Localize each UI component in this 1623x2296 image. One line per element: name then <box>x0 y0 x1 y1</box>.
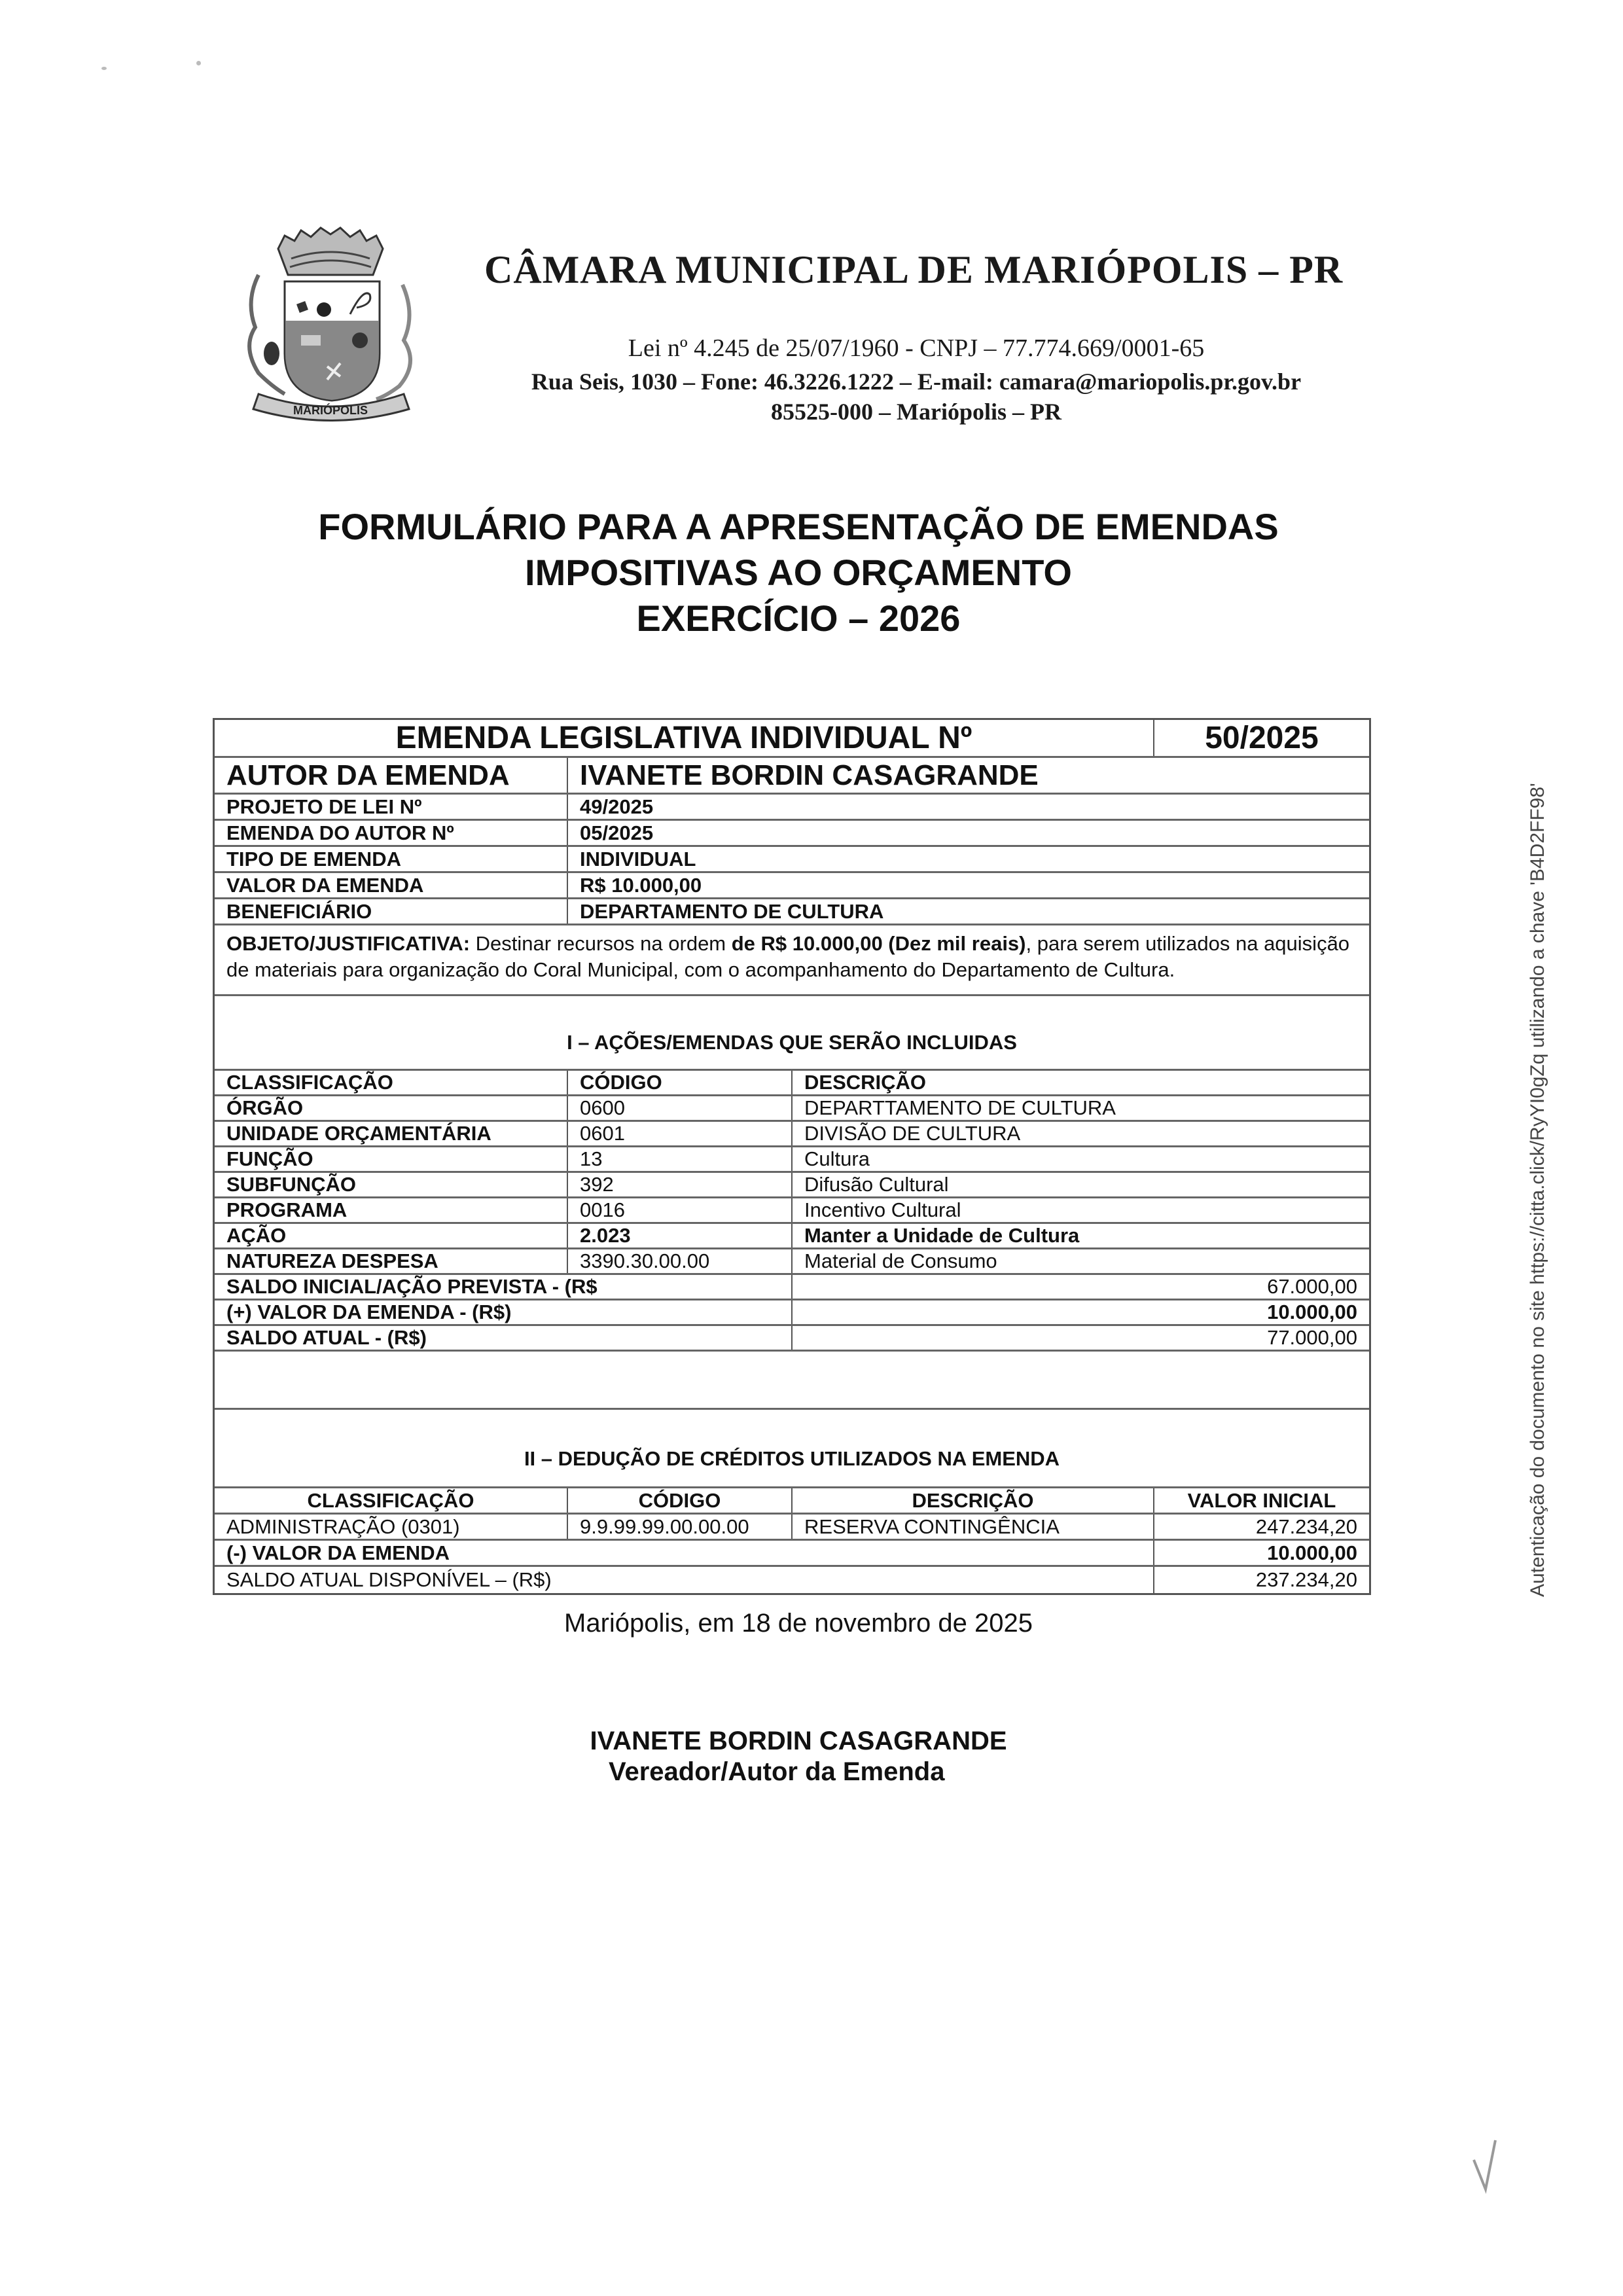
total-label: SALDO INICIAL/AÇÃO PREVISTA - (R$ <box>215 1275 791 1299</box>
form-title-line1: FORMULÁRIO PARA A APRESENTAÇÃO DE EMENDA… <box>196 504 1400 550</box>
column-header: CÓDIGO <box>567 1488 791 1513</box>
classification-cell: SUBFUNÇÃO <box>215 1173 567 1196</box>
column-header: DESCRIÇÃO <box>791 1071 1369 1094</box>
table-row: SUBFUNÇÃO 392 Difusão Cultural <box>215 1173 1369 1198</box>
classification-cell: FUNÇÃO <box>215 1147 567 1171</box>
code-cell: 3390.30.00.00 <box>567 1249 791 1273</box>
total-row: SALDO INICIAL/AÇÃO PREVISTA - (R$ 67.000… <box>215 1275 1369 1300</box>
column-header: VALOR INICIAL <box>1153 1488 1369 1513</box>
total-row: SALDO ATUAL - (R$) 77.000,00 <box>215 1326 1369 1352</box>
amendment-form-table: EMENDA LEGISLATIVA INDIVIDUAL Nº 50/2025… <box>213 718 1371 1595</box>
table-row: AÇÃO 2.023 Manter a Unidade de Cultura <box>215 1224 1369 1249</box>
description-cell: RESERVA CONTINGÊNCIA <box>791 1515 1153 1539</box>
amendment-header-label: EMENDA LEGISLATIVA INDIVIDUAL Nº <box>215 720 1153 756</box>
description-cell: Material de Consumo <box>791 1249 1369 1273</box>
scan-speck <box>196 61 201 65</box>
signer-name: IVANETE BORDIN CASAGRANDE <box>196 1727 1400 1756</box>
classification-cell: AÇÃO <box>215 1224 567 1247</box>
author-row: AUTOR DA EMENDA IVANETE BORDIN CASAGRAND… <box>215 758 1369 795</box>
code-cell: 392 <box>567 1173 791 1196</box>
info-value: 05/2025 <box>567 821 1369 845</box>
form-title: FORMULÁRIO PARA A APRESENTAÇÃO DE EMENDA… <box>196 504 1400 641</box>
info-label: TIPO DE EMENDA <box>215 847 567 871</box>
description-cell: Incentivo Cultural <box>791 1198 1369 1222</box>
total-value: 237.234,20 <box>1153 1567 1369 1593</box>
classification-cell: PROGRAMA <box>215 1198 567 1222</box>
scan-speck <box>101 67 107 70</box>
code-cell: 0600 <box>567 1096 791 1120</box>
code-cell: 2.023 <box>567 1224 791 1247</box>
total-value: 10.000,00 <box>1153 1541 1369 1565</box>
author-value: IVANETE BORDIN CASAGRANDE <box>567 758 1369 793</box>
objective-label: OBJETO/JUSTIFICATIVA: <box>226 932 470 955</box>
place-date: Mariópolis, em 18 de novembro de 2025 <box>196 1609 1400 1638</box>
description-cell: DIVISÃO DE CULTURA <box>791 1122 1369 1145</box>
section-spacer <box>215 1352 1369 1410</box>
objective-text-amount: de R$ 10.000,00 (Dez mil reais) <box>732 932 1026 955</box>
column-header: CLASSIFICAÇÃO <box>215 1488 567 1513</box>
organization-title: CÂMARA MUNICIPAL DE MARIÓPOLIS – PR <box>484 247 1387 293</box>
total-value: 67.000,00 <box>791 1275 1369 1299</box>
info-row: PROJETO DE LEI Nº 49/2025 <box>215 795 1369 821</box>
code-cell: 13 <box>567 1147 791 1171</box>
classification-cell: ADMINISTRAÇÃO (0301) <box>215 1515 567 1539</box>
amendment-number: 50/2025 <box>1153 720 1369 756</box>
info-label: VALOR DA EMENDA <box>215 873 567 897</box>
section2-header-row: CLASSIFICAÇÃO CÓDIGO DESCRIÇÃO VALOR INI… <box>215 1488 1369 1515</box>
svg-text:MARIÓPOLIS: MARIÓPOLIS <box>293 403 368 417</box>
total-label: SALDO ATUAL DISPONÍVEL – (R$) <box>215 1567 1153 1593</box>
description-cell: Cultura <box>791 1147 1369 1171</box>
column-header: DESCRIÇÃO <box>791 1488 1153 1513</box>
info-row: EMENDA DO AUTOR Nº 05/2025 <box>215 821 1369 847</box>
info-label: BENEFICIÁRIO <box>215 899 567 924</box>
amendment-header-row: EMENDA LEGISLATIVA INDIVIDUAL Nº 50/2025 <box>215 720 1369 758</box>
table-row: UNIDADE ORÇAMENTÁRIA 0601 DIVISÃO DE CUL… <box>215 1122 1369 1147</box>
section1-header-row: CLASSIFICAÇÃO CÓDIGO DESCRIÇÃO <box>215 1071 1369 1096</box>
total-row: SALDO ATUAL DISPONÍVEL – (R$) 237.234,20 <box>215 1567 1369 1593</box>
description-cell: Manter a Unidade de Cultura <box>791 1224 1369 1247</box>
code-cell: 0601 <box>567 1122 791 1145</box>
section1-title: I – AÇÕES/EMENDAS QUE SERÃO INCLUIDAS <box>215 996 1369 1071</box>
description-cell: Difusão Cultural <box>791 1173 1369 1196</box>
objective-text-start: Destinar recursos na ordem <box>470 932 732 955</box>
total-row: (+) VALOR DA EMENDA - (R$) 10.000,00 <box>215 1300 1369 1326</box>
code-cell: 9.9.99.99.00.00.00 <box>567 1515 791 1539</box>
total-value: 77.000,00 <box>791 1326 1369 1350</box>
info-value: DEPARTAMENTO DE CULTURA <box>567 899 1369 924</box>
column-header: CÓDIGO <box>567 1071 791 1094</box>
signer-role: Vereador/Autor da Emenda <box>609 1757 1067 1787</box>
form-title-line3: EXERCÍCIO – 2026 <box>196 596 1400 641</box>
organization-cep: 85525-000 – Mariópolis – PR <box>458 398 1374 425</box>
initial-value-cell: 247.234,20 <box>1153 1515 1369 1539</box>
classification-cell: NATUREZA DESPESA <box>215 1249 567 1273</box>
municipal-crest-icon: MARIÓPOLIS <box>232 223 429 425</box>
authentication-note: Autenticação do documento no site https:… <box>1527 783 1549 1597</box>
total-label: (-) VALOR DA EMENDA <box>215 1541 1153 1565</box>
total-row: (-) VALOR DA EMENDA 10.000,00 <box>215 1541 1369 1567</box>
classification-cell: ÓRGÃO <box>215 1096 567 1120</box>
objective-justification: OBJETO/JUSTIFICATIVA: Destinar recursos … <box>215 925 1369 996</box>
table-row: ADMINISTRAÇÃO (0301) 9.9.99.99.00.00.00 … <box>215 1515 1369 1541</box>
table-row: ÓRGÃO 0600 DEPARTTAMENTO DE CULTURA <box>215 1096 1369 1122</box>
code-cell: 0016 <box>567 1198 791 1222</box>
info-label: PROJETO DE LEI Nº <box>215 795 567 819</box>
form-title-line2: IMPOSITIVAS AO ORÇAMENTO <box>196 550 1400 596</box>
table-row: PROGRAMA 0016 Incentivo Cultural <box>215 1198 1369 1224</box>
total-label: SALDO ATUAL - (R$) <box>215 1326 791 1350</box>
table-row: NATUREZA DESPESA 3390.30.00.00 Material … <box>215 1249 1369 1275</box>
organization-address: Rua Seis, 1030 – Fone: 46.3226.1222 – E-… <box>458 368 1374 395</box>
column-header: CLASSIFICAÇÃO <box>215 1071 567 1094</box>
info-value: 49/2025 <box>567 795 1369 819</box>
total-label: (+) VALOR DA EMENDA - (R$) <box>215 1300 791 1324</box>
author-label: AUTOR DA EMENDA <box>215 758 567 793</box>
info-row: TIPO DE EMENDA INDIVIDUAL <box>215 847 1369 873</box>
check-mark-icon <box>1466 2134 1505 2199</box>
info-value: R$ 10.000,00 <box>567 873 1369 897</box>
info-row: BENEFICIÁRIO DEPARTAMENTO DE CULTURA <box>215 899 1369 925</box>
description-cell: DEPARTTAMENTO DE CULTURA <box>791 1096 1369 1120</box>
table-row: FUNÇÃO 13 Cultura <box>215 1147 1369 1173</box>
classification-cell: UNIDADE ORÇAMENTÁRIA <box>215 1122 567 1145</box>
total-value: 10.000,00 <box>791 1300 1369 1324</box>
organization-law-cnpj: Lei nº 4.245 de 25/07/1960 - CNPJ – 77.7… <box>458 334 1374 363</box>
section2-title: II – DEDUÇÃO DE CRÉDITOS UTILIZADOS NA E… <box>215 1410 1369 1488</box>
info-value: INDIVIDUAL <box>567 847 1369 871</box>
info-row: VALOR DA EMENDA R$ 10.000,00 <box>215 873 1369 899</box>
info-label: EMENDA DO AUTOR Nº <box>215 821 567 845</box>
